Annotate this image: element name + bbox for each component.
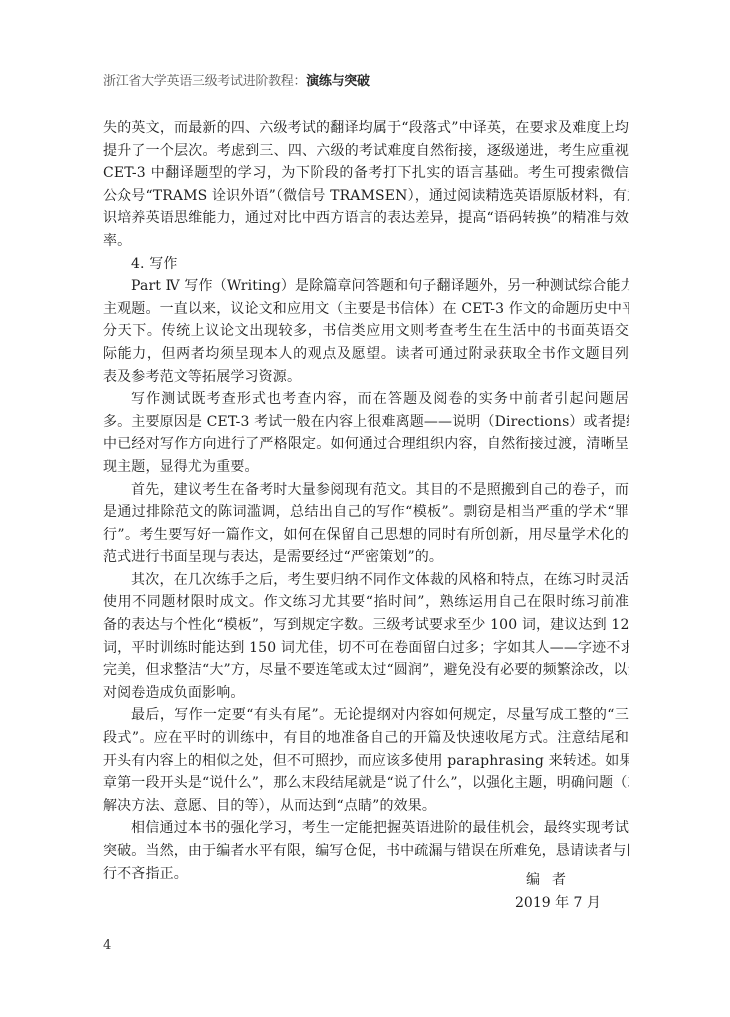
running-header: 浙江省大学英语三级考试进阶教程：演练与突破 xyxy=(103,70,370,89)
text-line: 写作测试既考查形式也考查内容，而在答题及阅卷的实务中前者引起问题居 xyxy=(103,388,629,411)
author-signature: 编者 xyxy=(526,869,578,889)
text-line: 最后，写作一定要“有头有尾”。无论提纲对内容如何规定，尽量写成工整的“三 xyxy=(103,704,629,727)
text-line: 公众号“TRAMS 诠识外语”（微信号 TRAMSEN），通过阅读精选英语原版材… xyxy=(103,185,629,208)
text-line: 主观题。一直以来，议论文和应用文（主要是书信体）在 CET-3 作文的命题历史中… xyxy=(103,298,629,321)
text-line: 失的英文，而最新的四、六级考试的翻译均属于“段落式”中译英，在要求及难度上均 xyxy=(103,117,629,140)
text-line: 首先，建议考生在备考时大量参阅现有范文。其目的不是照搬到自己的卷子，而 xyxy=(103,479,629,502)
text-line: 其次，在几次练手之后，考生要归纳不同作文体裁的风格和特点，在练习时灵活 xyxy=(103,569,629,592)
text-line: 率。 xyxy=(103,230,629,253)
text-line: 中已经对写作方向进行了严格限定。如何通过合理组织内容，自然衔接过渡，清晰呈 xyxy=(103,433,629,456)
book-title: 浙江省大学英语三级考试进阶教程： xyxy=(103,74,306,89)
text-line: 备的表达与个性化“模板”，写到规定字数。三级考试要求至少 100 词，建议达到 … xyxy=(103,614,629,637)
text-line: 段式”。应在平时的训练中，有目的地准备自己的开篇及快速收尾方式。注意结尾和 xyxy=(103,727,629,750)
text-line: 4. 写作 xyxy=(103,253,629,276)
signature-date: 2019 年 7 月 xyxy=(515,892,601,912)
text-line: 完美，但求整洁“大”方，尽量不要连笔或太过“圆润”，避免没有必要的频繁涂改，以免 xyxy=(103,659,629,682)
text-line: 使用不同题材限时成文。作文练习尤其要“掐时间”，熟练运用自己在限时练习前准 xyxy=(103,591,629,614)
text-line: 章第一段开头是“说什么”，那么末段结尾就是“说了什么”，以强化主题，明确问题（或 xyxy=(103,772,629,795)
text-line: Part Ⅳ 写作（Writing）是除篇章问答题和句子翻译题外，另一种测试综合… xyxy=(103,275,629,298)
text-line: 多。主要原因是 CET-3 考试一般在内容上很难离题——说明（Direction… xyxy=(103,411,629,434)
text-line: 分天下。传统上议论文出现较多，书信类应用文则考查考生在生活中的书面英语交 xyxy=(103,320,629,343)
text-line: 识培养英语思维能力，通过对比中西方语言的表达差异，提高“语码转换”的精准与效 xyxy=(103,207,629,230)
text-line: 开头有内容上的相似之处，但不可照抄，而应该多使用 paraphrasing 来转… xyxy=(103,750,629,773)
page-number: 4 xyxy=(103,938,111,953)
text-line: 表及参考范文等拓展学习资源。 xyxy=(103,366,629,389)
text-line: 现主题，显得尤为重要。 xyxy=(103,456,629,479)
text-line: 突破。当然，由于编者水平有限，编写仓促，书中疏漏与错误在所难免，恳请读者与同 xyxy=(103,840,629,863)
text-line: 范式进行书面呈现与表达，是需要经过“严密策划”的。 xyxy=(103,546,629,569)
text-line: 相信通过本书的强化学习，考生一定能把握英语进阶的最佳机会，最终实现考试 xyxy=(103,817,629,840)
text-line: 际能力，但两者均须呈现本人的观点及愿望。读者可通过附录获取全书作文题目列 xyxy=(103,343,629,366)
text-line: 行”。考生要写好一篇作文，如何在保留自己思想的同时有所创新，用尽量学术化的 xyxy=(103,524,629,547)
text-line: CET-3 中翻译题型的学习，为下阶段的备考打下扎实的语言基础。考生可搜索微信 xyxy=(103,162,629,185)
text-line: 提升了一个层次。考虑到三、四、六级的考试难度自然衔接，逐级递进，考生应重视 xyxy=(103,140,629,163)
body-text: 失的英文，而最新的四、六级考试的翻译均属于“段落式”中译英，在要求及难度上均提升… xyxy=(103,117,629,885)
text-line: 解决方法、意愿、目的等），从而达到“点睛”的效果。 xyxy=(103,795,629,818)
book-subtitle: 演练与突破 xyxy=(306,74,370,89)
text-line: 对阅卷造成负面影响。 xyxy=(103,682,629,705)
text-line: 是通过排除范文的陈词滥调，总结出自己的写作“模板”。剽窃是相当严重的学术“罪 xyxy=(103,501,629,524)
text-line: 词，平时训练时能达到 150 词尤佳，切不可在卷面留白过多；字如其人——字迹不求 xyxy=(103,637,629,660)
